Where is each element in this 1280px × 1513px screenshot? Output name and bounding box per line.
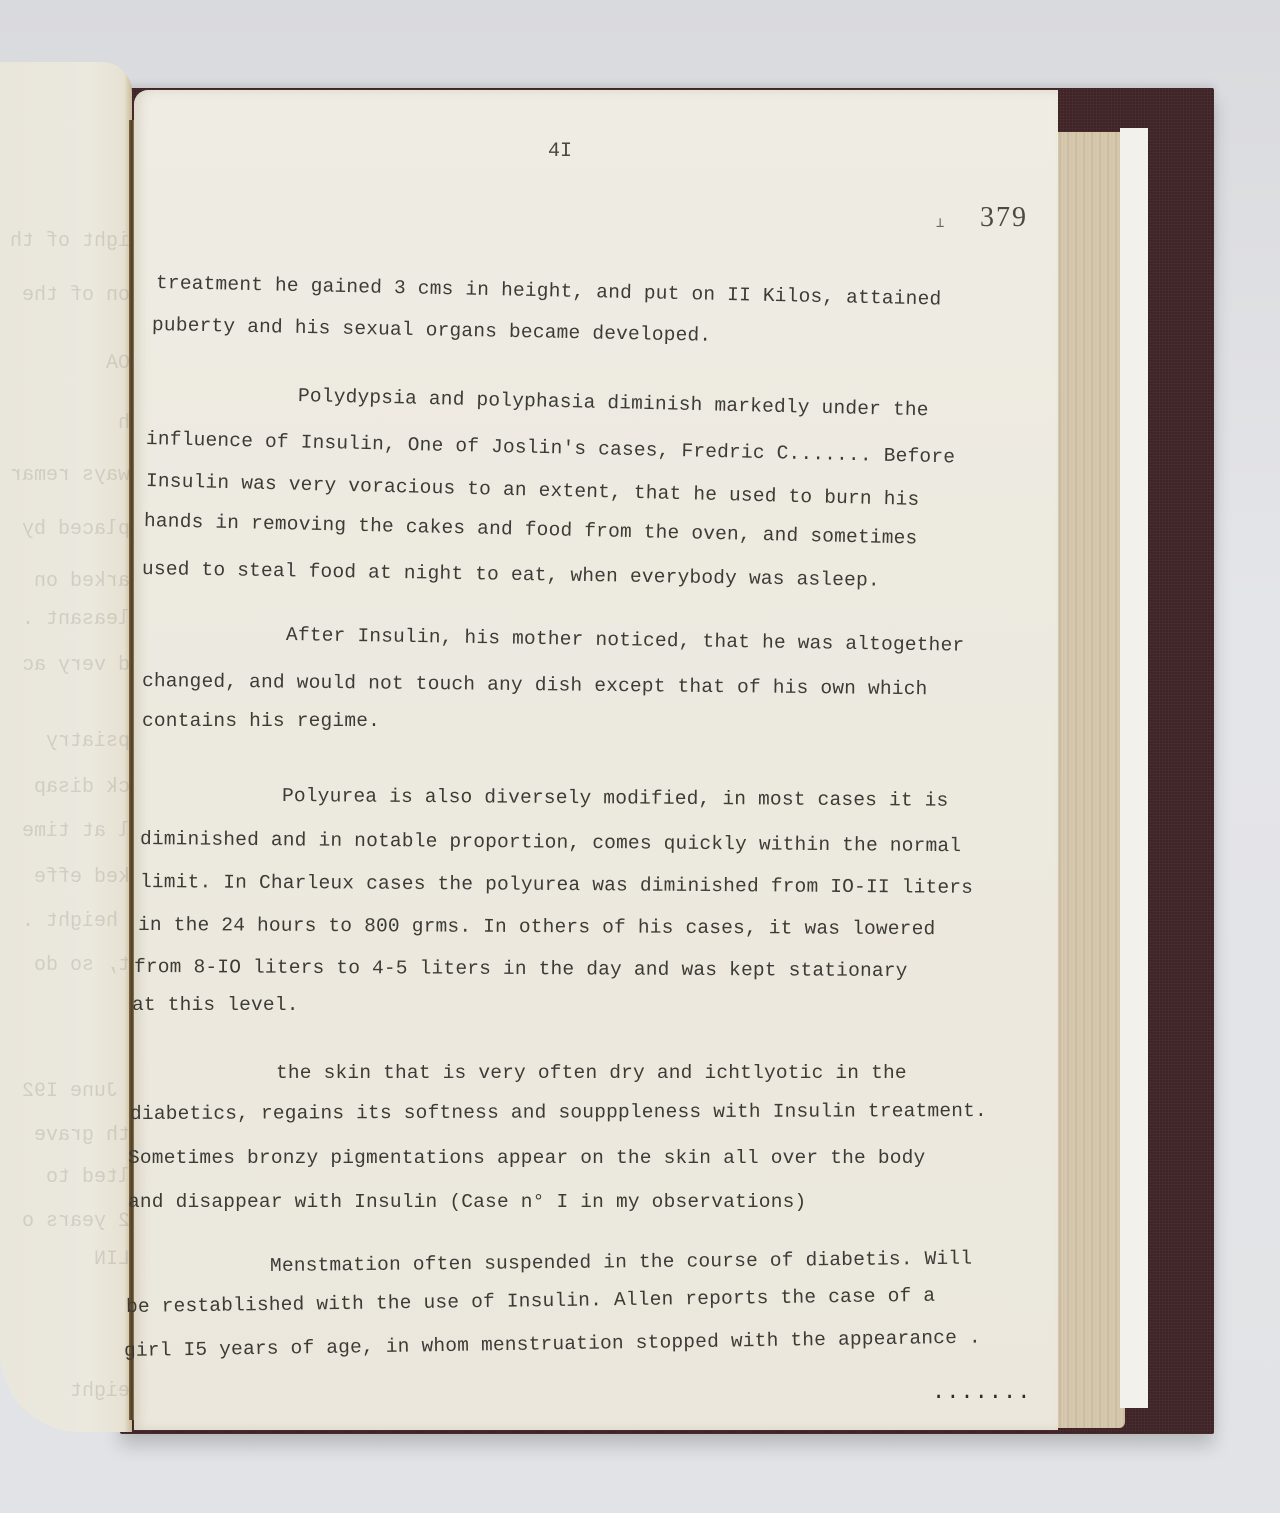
- text-line: contains his regime.: [142, 710, 380, 732]
- showthrough-line: eplaced by: [22, 518, 132, 541]
- text-line: and disappear with Insulin (Case n° I in…: [128, 1191, 806, 1213]
- page-block-edge: [1055, 132, 1125, 1428]
- text-line: After Insulin, his mother noticed, that …: [286, 624, 965, 657]
- right-page: 4I ⊥ 379 treatment he gained 3 cms in he…: [134, 90, 1058, 1430]
- text-line: limit. In Charleux cases the polyurea wa…: [140, 871, 973, 899]
- text-line: treatment he gained 3 cms in height, and…: [156, 272, 942, 310]
- text-line: Menstmation often suspended in the cours…: [270, 1248, 972, 1277]
- text-line: be restablished with the use of Insulin.…: [126, 1285, 936, 1318]
- showthrough-line: ulted to: [46, 1166, 132, 1189]
- text-line: the skin that is very often dry and icht…: [276, 1062, 907, 1084]
- showthrough-line: ick disap: [34, 776, 132, 799]
- text-line: Insulin was very voracious to an extent,…: [146, 470, 920, 511]
- text-line: influence of Insulin, One of Joslin's ca…: [146, 428, 956, 468]
- showthrough-line: nt, so do: [34, 954, 132, 977]
- text-line: diminished and in notable proportion, co…: [140, 828, 961, 857]
- stamp-mark-icon: ⊥: [936, 215, 944, 232]
- text-line: girl I5 years of age, in whom menstruati…: [124, 1327, 981, 1362]
- continuation-dots: .......: [932, 1380, 1031, 1405]
- showthrough-line: marked on: [34, 570, 132, 593]
- text-line: from 8-IO liters to 4-5 liters in the da…: [134, 956, 908, 982]
- showthrough-line: ed very ac: [22, 654, 132, 677]
- showthrough-line: weight: [70, 1380, 132, 1403]
- text-line: Polyurea is also diversely modified, in …: [282, 785, 949, 812]
- text-line: Sometimes bronzy pigmentations appear on…: [128, 1147, 925, 1169]
- text-line: at this level.: [132, 994, 299, 1016]
- inner-endpaper: [1120, 128, 1148, 1408]
- showthrough-line: I2 years o: [22, 1210, 132, 1233]
- showthrough-line: ion of the: [22, 284, 132, 307]
- typed-page-number: 4I: [548, 140, 572, 163]
- text-line: used to steal food at night to eat, when…: [142, 558, 880, 592]
- text-line: hands in removing the cakes and food fro…: [144, 510, 918, 550]
- showthrough-line: n height .: [22, 910, 132, 933]
- stamped-page-number: 379: [980, 202, 1028, 234]
- showthrough-line: ith grave: [34, 1124, 132, 1147]
- text-line: puberty and his sexual organs became dev…: [152, 314, 712, 347]
- left-page: eight of th ion of the IOA Th lways rema…: [0, 62, 132, 1432]
- showthrough-line: eight of th: [10, 230, 132, 253]
- text-line: in the 24 hours to 800 grms. In others o…: [138, 914, 936, 940]
- showthrough-line: 7 June I92: [22, 1080, 132, 1103]
- text-line: diabetics, regains its softness and soup…: [130, 1100, 987, 1125]
- left-page-showthrough-text: eight of th ion of the IOA Th lways rema…: [0, 62, 132, 1432]
- showthrough-line: lways remar: [10, 464, 132, 487]
- showthrough-line: ypsiatry: [46, 730, 132, 753]
- showthrough-line: rked effe: [34, 866, 132, 889]
- text-line: Polydypsia and polyphasia diminish marke…: [298, 385, 929, 421]
- showthrough-line: pleasant .: [22, 608, 132, 631]
- text-line: changed, and would not touch any dish ex…: [142, 670, 928, 700]
- showthrough-line: al at time: [22, 820, 132, 843]
- showthrough-line: LLIN: [94, 1248, 132, 1271]
